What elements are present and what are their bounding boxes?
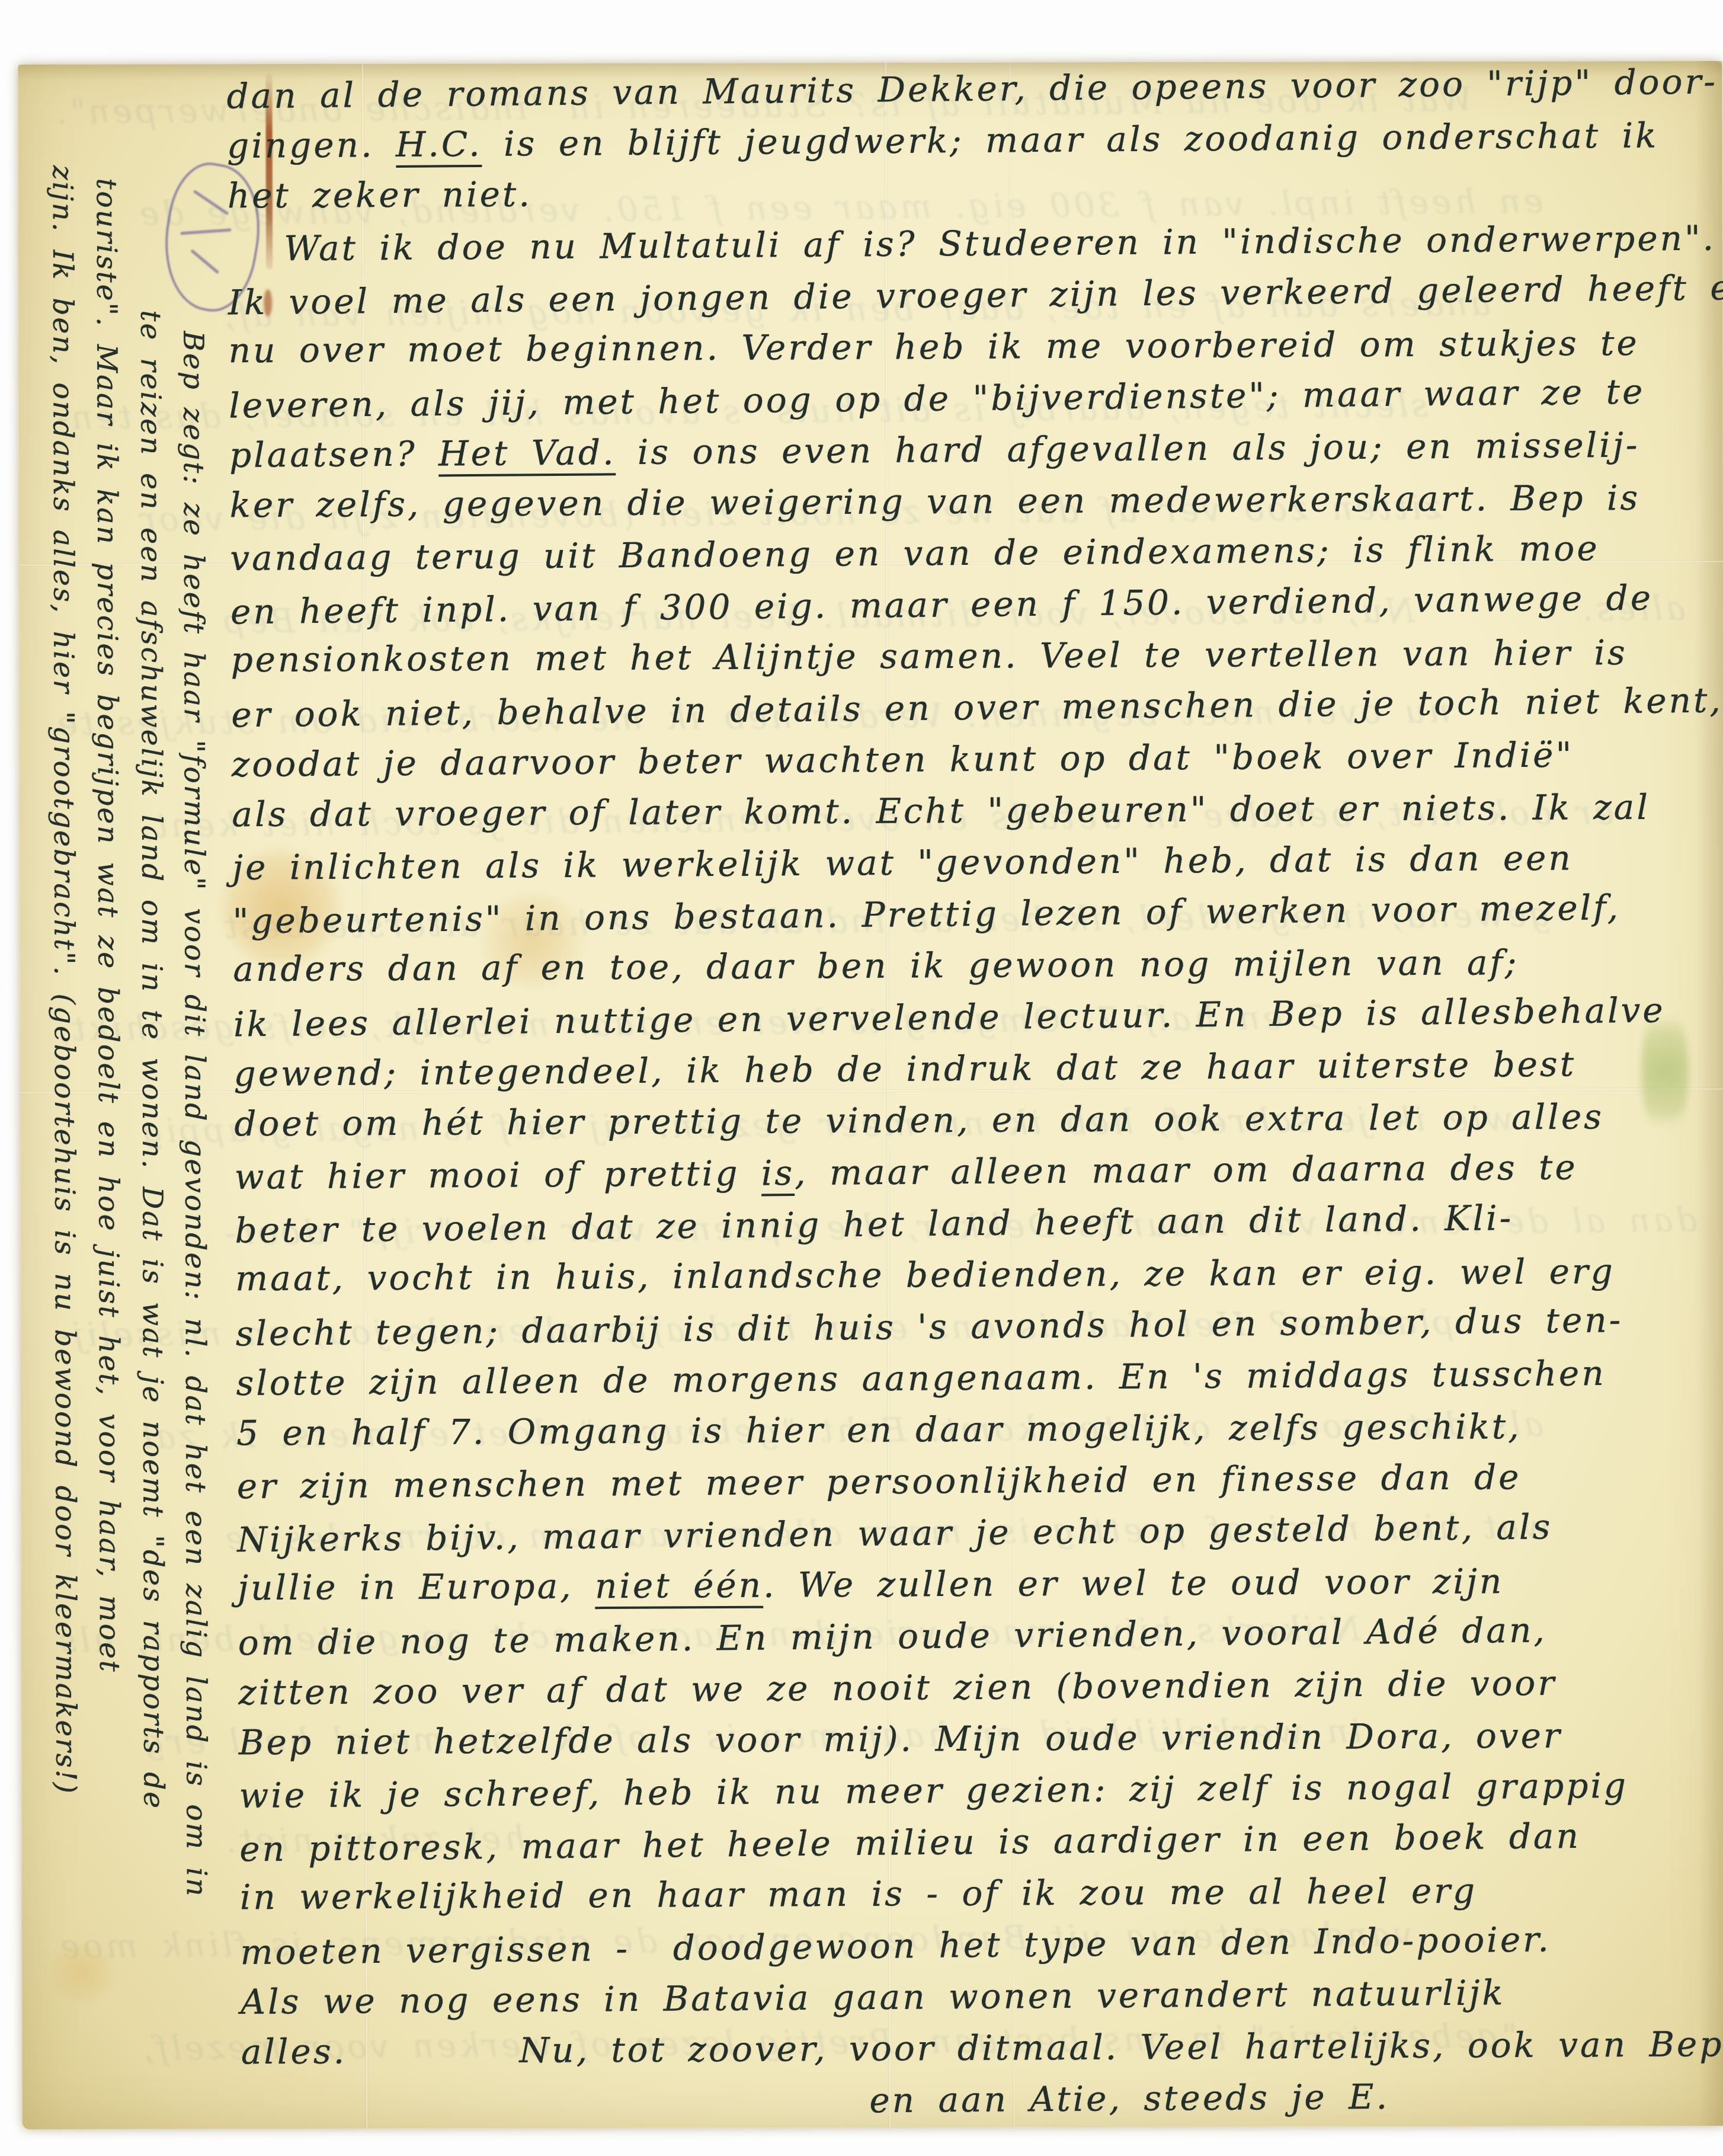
letter-line: Bep niet hetzelfde als voor mij). Mijn o… <box>239 1714 1723 1774</box>
stamp-scribble <box>190 249 219 274</box>
margin-note-line: te reizen en een afschuwelijk land om in… <box>134 310 169 1810</box>
letter-line: alles. Nu, tot zoover, voor ditmaal. Vee… <box>241 2024 1723 2084</box>
letter-body: dan al de romans van Maurits Dekker, die… <box>226 63 1723 2136</box>
paper-stain <box>49 1943 114 2003</box>
scanned-letter-screen: Wat ik doe nu Multatuli af is? Studeeren… <box>0 0 1723 2156</box>
margin-note-line: zijn. Ik ben, ondanks alles, hier "groot… <box>46 165 82 1795</box>
letter-paper-sheet: Wat ik doe nu Multatuli af is? Studeeren… <box>18 61 1723 2129</box>
margin-note-line: Bep zegt: ze heeft haar "formule" voor d… <box>177 331 213 1898</box>
stamp-scribble <box>180 228 231 235</box>
letter-line: doet om hét hier prettig te vinden, en d… <box>234 1096 1723 1156</box>
letter-line: 5 en half 7. Omgang is hier en daar moge… <box>236 1405 1723 1465</box>
letter-line: ker zelfs, gegeven die weigering van een… <box>229 477 1723 537</box>
letter-line: als dat vroeger of later komt. Echt "geb… <box>232 786 1723 846</box>
margin-note-line: touriste". Maar ik kan precies begrijpen… <box>90 178 126 1674</box>
letter-line: het zeker niet. <box>228 168 1723 228</box>
signature-line: en aan Atie, steeds je E. <box>241 2074 1723 2136</box>
stamp-scribble <box>193 190 229 215</box>
